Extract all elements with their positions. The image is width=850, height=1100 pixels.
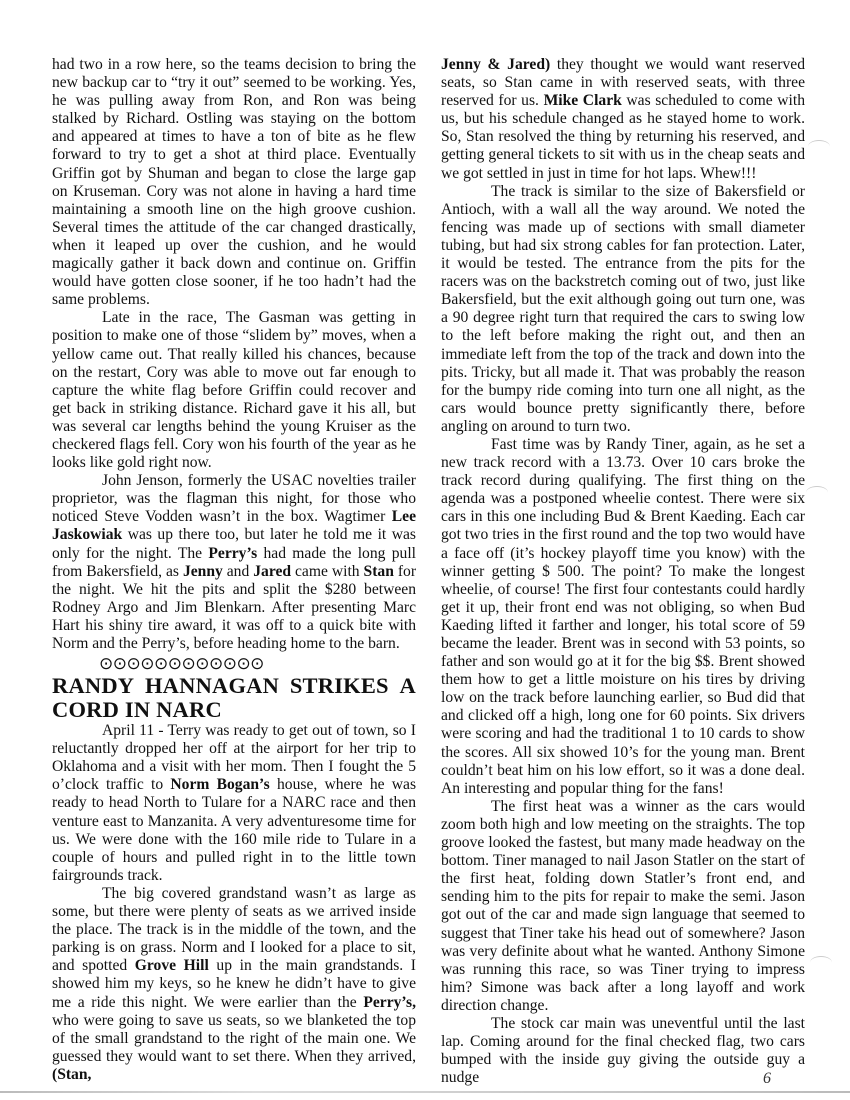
article-paragraph: Late in the race, The Gasman was getting… [52,309,416,472]
left-column: had two in a row here, so the teams deci… [52,56,416,1084]
text-run: and [223,563,253,580]
scan-margin-mark [810,956,832,969]
article-headline: RANDY HANNAGAN STRIKES A CORD IN NARC [52,674,416,722]
left-paragraphs: had two in a row here, so the teams deci… [52,56,416,653]
text-run: came with [291,563,363,580]
scan-margin-mark [806,486,828,499]
bold-name: Jared [253,563,291,580]
text-run: The stock car main was uneventful until … [441,1015,805,1086]
bold-name: Perry’s, [363,994,416,1011]
article-paragraph: The stock car main was uneventful until … [441,1015,805,1087]
article-paragraph: Fast time was by Randy Tiner, again, as … [441,436,805,798]
headline-word: A [400,674,416,698]
section-divider-ornament: ⊙⊙⊙⊙⊙⊙⊙⊙⊙⊙⊙⊙ [52,654,416,674]
text-run: Late in the race, The Gasman was getting… [52,309,416,471]
article-paragraph: April 11 - Terry was ready to get out of… [52,722,416,885]
bold-name: Jenny [183,563,223,580]
text-run: Fast time was by Randy Tiner, again, as … [441,436,805,797]
headline-word: HANNAGAN [145,674,279,698]
bold-name: Mike Clark [544,92,622,109]
bold-name: Jenny & Jared) [441,56,550,73]
right-column: Jenny & Jared) they thought we would wan… [441,56,805,1087]
left-paragraphs-after-headline: April 11 - Terry was ready to get out of… [52,722,416,1084]
article-paragraph: Jenny & Jared) they thought we would wan… [441,56,805,183]
article-paragraph: The track is similar to the size of Bake… [441,183,805,436]
bold-name: (Stan, [52,1066,91,1083]
bold-name: Grove Hill [135,957,209,974]
text-run: had two in a row here, so the teams deci… [52,56,416,308]
right-paragraphs: Jenny & Jared) they thought we would wan… [441,56,805,1087]
headline-line-1: RANDY HANNAGAN STRIKES A [52,674,416,698]
article-paragraph: John Jenson, formerly the USAC novelties… [52,472,416,653]
headline-line-2: CORD IN NARC [52,697,222,722]
bold-name: Norm Bogan’s [170,776,269,793]
page-number: 6 [763,1070,771,1088]
text-run: The track is similar to the size of Bake… [441,183,805,435]
bold-name: Stan [364,563,394,580]
bold-name: Perry’s [208,545,257,562]
text-run: John Jenson, formerly the USAC novelties… [52,472,416,525]
newsletter-page: had two in a row here, so the teams deci… [0,0,850,1100]
article-paragraph: The first heat was a winner as the cars … [441,798,805,1015]
scan-margin-mark [808,140,830,153]
article-paragraph: The big covered grandstand wasn’t as lar… [52,885,416,1084]
headline-word: RANDY [52,674,134,698]
text-run: The first heat was a winner as the cars … [441,798,805,1014]
article-paragraph: had two in a row here, so the teams deci… [52,56,416,309]
text-run: who were going to save us seats, so we b… [52,1012,416,1065]
scan-bottom-edge [0,1091,850,1093]
headline-word: STRIKES [290,674,389,698]
